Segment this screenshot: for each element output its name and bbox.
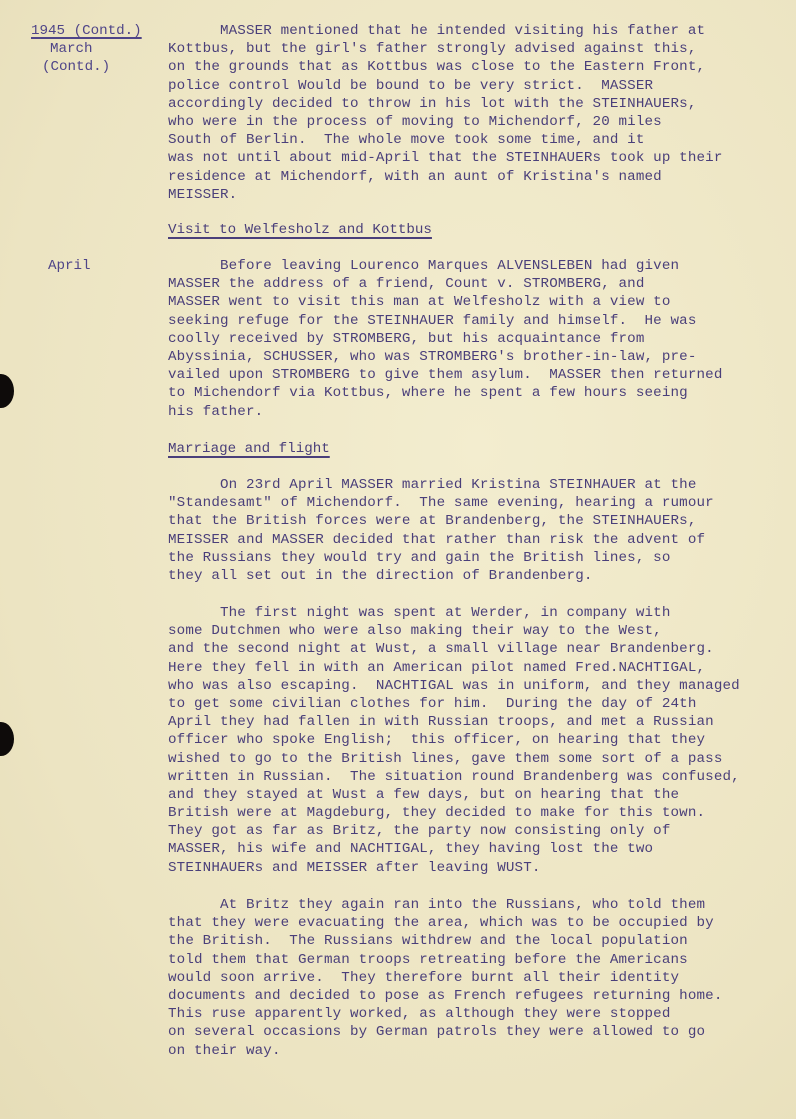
punch-hole-upper	[0, 374, 14, 408]
text-line: British were at Magdeburg, they decided …	[168, 804, 778, 822]
text-line: his father.	[168, 403, 778, 421]
text-line: Kottbus, but the girl's father strongly …	[168, 40, 778, 58]
text-line: and the second night at Wust, a small vi…	[168, 640, 778, 658]
text-line: coolly received by STROMBERG, but his ac…	[168, 330, 778, 348]
text-line: officer who spoke English; this officer,…	[168, 731, 778, 749]
text-line: vailed upon STROMBERG to give them asylu…	[168, 366, 778, 384]
text-line: told them that German troops retreating …	[168, 951, 778, 969]
text-line: The first night was spent at Werder, in …	[168, 604, 778, 622]
text-line: MASSER, his wife and NACHTIGAL, they hav…	[168, 840, 778, 858]
text-line: on several occasions by German patrols t…	[168, 1023, 778, 1041]
text-line: Before leaving Lourenco Marques ALVENSLE…	[168, 257, 778, 275]
text-line: they all set out in the direction of Bra…	[168, 567, 778, 585]
text-line: was not until about mid-April that the S…	[168, 149, 778, 167]
text-line: police control Would be bound to be very…	[168, 77, 778, 95]
text-line: on their way.	[168, 1042, 778, 1060]
paragraph-marriage: On 23rd April MASSER married Kristina ST…	[168, 476, 778, 585]
text-line: Here they fell in with an American pilot…	[168, 659, 778, 677]
text-line: seeking refuge for the STEINHAUER family…	[168, 312, 778, 330]
text-line: wished to go to the British lines, gave …	[168, 750, 778, 768]
margin-year-heading: 1945 (Contd.)	[31, 22, 142, 40]
text-line: MASSER went to visit this man at Welfesh…	[168, 293, 778, 311]
text-line: At Britz they again ran into the Russian…	[168, 896, 778, 914]
text-line: MASSER the address of a friend, Count v.…	[168, 275, 778, 293]
text-line: some Dutchmen who were also making their…	[168, 622, 778, 640]
text-line: to Michendorf via Kottbus, where he spen…	[168, 384, 778, 402]
text-line: written in Russian. The situation round …	[168, 768, 778, 786]
text-line: MASSER mentioned that he intended visiti…	[168, 22, 778, 40]
text-line: residence at Michendorf, with an aunt of…	[168, 168, 778, 186]
text-line: They got as far as Britz, the party now …	[168, 822, 778, 840]
margin-month-april: April	[48, 257, 91, 275]
text-line: STEINHAUERs and MEISSER after leaving WU…	[168, 859, 778, 877]
section-heading-welfesholz: Visit to Welfesholz and Kottbus	[168, 221, 432, 239]
text-line: would soon arrive. They therefore burnt …	[168, 969, 778, 987]
text-line: who was also escaping. NACHTIGAL was in …	[168, 677, 778, 695]
margin-month-march-contd: (Contd.)	[42, 58, 110, 76]
paragraph-masser-michendorf: MASSER mentioned that he intended visiti…	[168, 22, 778, 204]
text-line: April they had fallen in with Russian tr…	[168, 713, 778, 731]
paragraph-welfesholz-visit: Before leaving Lourenco Marques ALVENSLE…	[168, 257, 778, 421]
margin-month-march: March	[50, 40, 93, 58]
text-line: Abyssinia, SCHUSSER, who was STROMBERG's…	[168, 348, 778, 366]
text-line: On 23rd April MASSER married Kristina ST…	[168, 476, 778, 494]
text-line: MEISSER.	[168, 186, 778, 204]
text-line: documents and decided to pose as French …	[168, 987, 778, 1005]
text-line: to get some civilian clothes for him. Du…	[168, 695, 778, 713]
text-line: This ruse apparently worked, as although…	[168, 1005, 778, 1023]
text-line: South of Berlin. The whole move took som…	[168, 131, 778, 149]
text-line: on the grounds that as Kottbus was close…	[168, 58, 778, 76]
text-line: the British. The Russians withdrew and t…	[168, 932, 778, 950]
text-line: accordingly decided to throw in his lot …	[168, 95, 778, 113]
paragraph-first-night: The first night was spent at Werder, in …	[168, 604, 778, 877]
text-line: who were in the process of moving to Mic…	[168, 113, 778, 131]
text-line: that the British forces were at Brandenb…	[168, 512, 778, 530]
typewritten-document-page: 1945 (Contd.) March (Contd.) April MASSE…	[0, 0, 796, 1119]
text-line: that they were evacuating the area, whic…	[168, 914, 778, 932]
text-line: and they stayed at Wust a few days, but …	[168, 786, 778, 804]
text-line: "Standesamt" of Michendorf. The same eve…	[168, 494, 778, 512]
text-line: MEISSER and MASSER decided that rather t…	[168, 531, 778, 549]
section-heading-marriage-flight: Marriage and flight	[168, 440, 330, 458]
paragraph-britz: At Britz they again ran into the Russian…	[168, 896, 778, 1060]
punch-hole-lower	[0, 722, 14, 756]
text-line: the Russians they would try and gain the…	[168, 549, 778, 567]
